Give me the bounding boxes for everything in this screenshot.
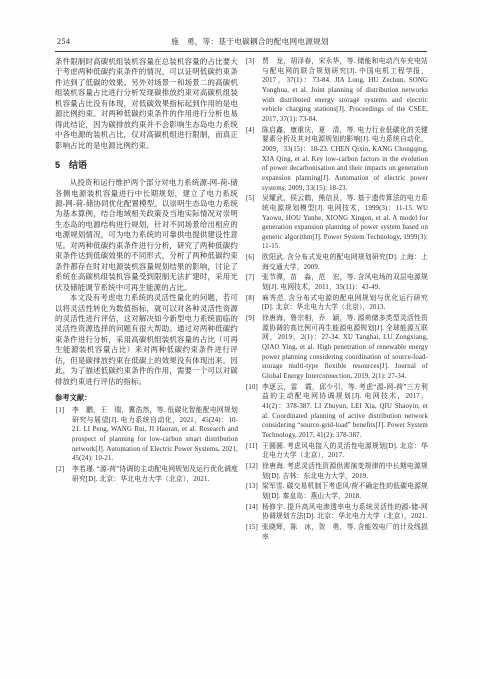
reference-text: 贾 龙，胡泽春，宋永华，等. 储能和电动汽车充电站与配电网的联合规划研究[J].… bbox=[262, 57, 428, 125]
reference-text: 麻秀范. 含分布式电源的配电网规划与优化运行研究[D]. 北京：华北电力大学（北… bbox=[262, 294, 428, 313]
reference-chinese: 杨修宇. 提升高风电渗透率电力系统灵活性的源-储-网协调规划方法[D]. 北京：… bbox=[262, 504, 428, 521]
reference-chinese: 王圆圆. 考虑风电接入的灵活性电源规划[D]. 北京：华北电力大学（北京），20… bbox=[262, 443, 428, 460]
reference-entry: [3] 贾 龙，胡泽春，宋永华，等. 储能和电动汽车充电站与配电网的联合规划研究… bbox=[245, 57, 428, 125]
section-heading-conclusion: 5结语 bbox=[55, 160, 238, 171]
reference-chinese: 李若瑾. “源-荷”协调的主动配电网规划及运行优化调度研究[D]. 北京：华北电… bbox=[72, 466, 238, 483]
reference-text: 梁军雪. 碳交易机制下考虑风/荷不确定性的低碳电源规划[D]. 秦皇岛：燕山大学… bbox=[262, 482, 428, 501]
reference-entry: [6] 欧阳武. 含分布式发电的配电网规划研究[D]. 上海：上海交通大学，20… bbox=[245, 253, 428, 272]
reference-list-right: [3] 贾 龙，胡泽春，宋永华，等. 储能和电动汽车充电站与配电网的联合规划研究… bbox=[245, 57, 428, 542]
two-column-body: 条件限制时高碳机组装机容量在总装机容量的占比要大于考虑两种低碳约束条件的情况，可… bbox=[55, 57, 428, 543]
reference-number: [15] bbox=[245, 523, 262, 533]
reference-chinese: 吴耀武，侯云鹤，熊信艮，等. 基于遗传算法的电力系统电源规划模型[J]. 电网技… bbox=[262, 195, 428, 212]
reference-entry: [4] 陈启鑫，康重庆，夏 清，等. 电力行业低碳化的关键要素分析及其对电源规划… bbox=[245, 126, 428, 194]
header-rule bbox=[55, 51, 427, 52]
body-paragraph: 条件限制时高碳机组装机容量在总装机容量的占比要大于考虑两种低碳约束条件的情况，可… bbox=[55, 57, 238, 151]
reference-text: 欧阳武. 含分布式发电的配电网规划研究[D]. 上海：上海交通大学，2009. bbox=[262, 253, 428, 272]
reference-number: [13] bbox=[245, 482, 262, 492]
references-heading: 参考文献： bbox=[55, 393, 238, 403]
reference-entry: [15] 张晓辉，陈 冰，贺 勇，等. 含能效电厂的计及线损率 bbox=[245, 523, 428, 542]
reference-entry: [9] 徐唐海，鲁宗相，乔 颖，等. 源荷储多类型灵活性资源协调的高比例可再生能… bbox=[245, 314, 428, 382]
reference-text: 陈启鑫，康重庆，夏 清，等. 电力行业低碳化的关键要素分析及其对电源规划的影响[… bbox=[262, 126, 428, 194]
reference-chinese: 欧阳武. 含分布式发电的配电网规划研究[D]. 上海：上海交通大学，2009. bbox=[262, 254, 428, 271]
reference-number: [7] bbox=[245, 273, 262, 283]
reference-text: 徐唐海. 考虑灵活性资源供需演变规律的中长期电源规划[D]. 吉林：东北电力大学… bbox=[262, 462, 428, 481]
reference-entry: [12] 徐唐海. 考虑灵活性资源供需演变规律的中长期电源规划[D]. 吉林：东… bbox=[245, 462, 428, 481]
reference-text: 李若瑾. “源-荷”协调的主动配电网规划及运行优化调度研究[D]. 北京：华北电… bbox=[72, 465, 238, 484]
reference-text: 张节潭，苗 淼，范 宏，等. 含风电场的双层电源规划[J]. 电网技术，2011… bbox=[262, 273, 428, 292]
reference-entry: [8] 麻秀范. 含分布式电源的配电网规划与优化运行研究[D]. 北京：华北电力… bbox=[245, 294, 428, 313]
body-paragraph: 本文没有考虑电力系统的灵活性量化的问题，若可以将灵活性转化为数值指标，就可以对各… bbox=[55, 293, 238, 387]
right-column: [3] 贾 龙，胡泽春，宋永华，等. 储能和电动汽车充电站与配电网的联合规划研究… bbox=[245, 57, 428, 543]
reference-text: 张晓辉，陈 冰，贺 勇，等. 含能效电厂的计及线损率 bbox=[262, 523, 428, 542]
body-paragraph: 从投资和运行维护两个部分对电力系统源-网-荷-储各侧电源装机容量进行中长期规划，… bbox=[55, 178, 238, 293]
running-title: 施 勇，等：基于电碳耦合的配电网电源规划 bbox=[55, 36, 445, 48]
reference-entry: [1] 李 鹏，王 瑞，冀浩然，等. 低碳化智能配电网规划研究与展望[J]. 电… bbox=[55, 406, 238, 464]
reference-entry: [7] 张节潭，苗 淼，范 宏，等. 含风电场的双层电源规划[J]. 电网技术，… bbox=[245, 273, 428, 292]
left-column: 条件限制时高碳机组装机容量在总装机容量的占比要大于考虑两种低碳约束条件的情况，可… bbox=[55, 57, 238, 543]
reference-number: [9] bbox=[245, 314, 262, 324]
reference-english: LI Peng, WANG Rui, JI Haoran, et al. Res… bbox=[72, 426, 238, 462]
paper-page: 254 施 勇，等：基于电碳耦合的配电网电源规划 条件限制时高碳机组装机容量在总… bbox=[0, 0, 480, 679]
reference-entry: [2] 李若瑾. “源-荷”协调的主动配电网规划及运行优化调度研究[D]. 北京… bbox=[55, 465, 238, 484]
reference-entry: [11] 王圆圆. 考虑风电接入的灵活性电源规划[D]. 北京：华北电力大学（北… bbox=[245, 442, 428, 461]
reference-list-left: [1] 李 鹏，王 瑞，冀浩然，等. 低碳化智能配电网规划研究与展望[J]. 电… bbox=[55, 406, 238, 484]
page-header: 254 施 勇，等：基于电碳耦合的配电网电源规划 bbox=[55, 36, 427, 48]
reference-chinese: 梁军雪. 碳交易机制下考虑风/荷不确定性的低碳电源规划[D]. 秦皇岛：燕山大学… bbox=[262, 483, 428, 500]
reference-text: 徐唐海，鲁宗相，乔 颖，等. 源荷储多类型灵活性资源协调的高比例可再生能源电源规… bbox=[262, 314, 428, 382]
reference-chinese: 张晓辉，陈 冰，贺 勇，等. 含能效电厂的计及线损率 bbox=[262, 524, 428, 541]
reference-entry: [14] 杨修宇. 提升高风电渗透率电力系统灵活性的源-储-网协调规划方法[D]… bbox=[245, 503, 428, 522]
reference-number: [3] bbox=[245, 57, 262, 67]
reference-chinese: 麻秀范. 含分布式电源的配电网规划与优化运行研究[D]. 北京：华北电力大学（北… bbox=[262, 295, 428, 312]
reference-number: [5] bbox=[245, 194, 262, 204]
reference-chinese: 徐唐海. 考虑灵活性资源供需演变规律的中长期电源规划[D]. 吉林：东北电力大学… bbox=[262, 463, 428, 480]
reference-number: [8] bbox=[245, 294, 262, 304]
reference-number: [10] bbox=[245, 383, 262, 393]
reference-text: 王圆圆. 考虑风电接入的灵活性电源规划[D]. 北京：华北电力大学（北京），20… bbox=[262, 442, 428, 461]
reference-number: [14] bbox=[245, 503, 262, 513]
reference-text: 李逐云，雷 霞，邱少引，等. 考虑“源-网-荷”三方利益的主动配电网协调规划[J… bbox=[262, 383, 428, 441]
reference-entry: [10] 李逐云，雷 霞，邱少引，等. 考虑“源-网-荷”三方利益的主动配电网协… bbox=[245, 383, 428, 441]
reference-chinese: 张节潭，苗 淼，范 宏，等. 含风电场的双层电源规划[J]. 电网技术，2011… bbox=[262, 274, 428, 291]
reference-number: [6] bbox=[245, 253, 262, 263]
reference-entry: [13] 梁军雪. 碳交易机制下考虑风/荷不确定性的低碳电源规划[D]. 秦皇岛… bbox=[245, 482, 428, 501]
reference-text: 李 鹏，王 瑞，冀浩然，等. 低碳化智能配电网规划研究与展望[J]. 电力系统自… bbox=[72, 406, 238, 464]
section-number: 5 bbox=[55, 160, 60, 170]
reference-number: [2] bbox=[55, 465, 72, 475]
reference-number: [11] bbox=[245, 442, 262, 452]
reference-number: [1] bbox=[55, 406, 72, 416]
reference-text: 杨修宇. 提升高风电渗透率电力系统灵活性的源-储-网协调规划方法[D]. 北京：… bbox=[262, 503, 428, 522]
reference-entry: [5] 吴耀武，侯云鹤，熊信艮，等. 基于遗传算法的电力系统电源规划模型[J].… bbox=[245, 194, 428, 252]
section-title: 结语 bbox=[69, 160, 87, 170]
reference-number: [12] bbox=[245, 462, 262, 472]
reference-text: 吴耀武，侯云鹤，熊信艮，等. 基于遗传算法的电力系统电源规划模型[J]. 电网技… bbox=[262, 194, 428, 252]
reference-number: [4] bbox=[245, 126, 262, 136]
